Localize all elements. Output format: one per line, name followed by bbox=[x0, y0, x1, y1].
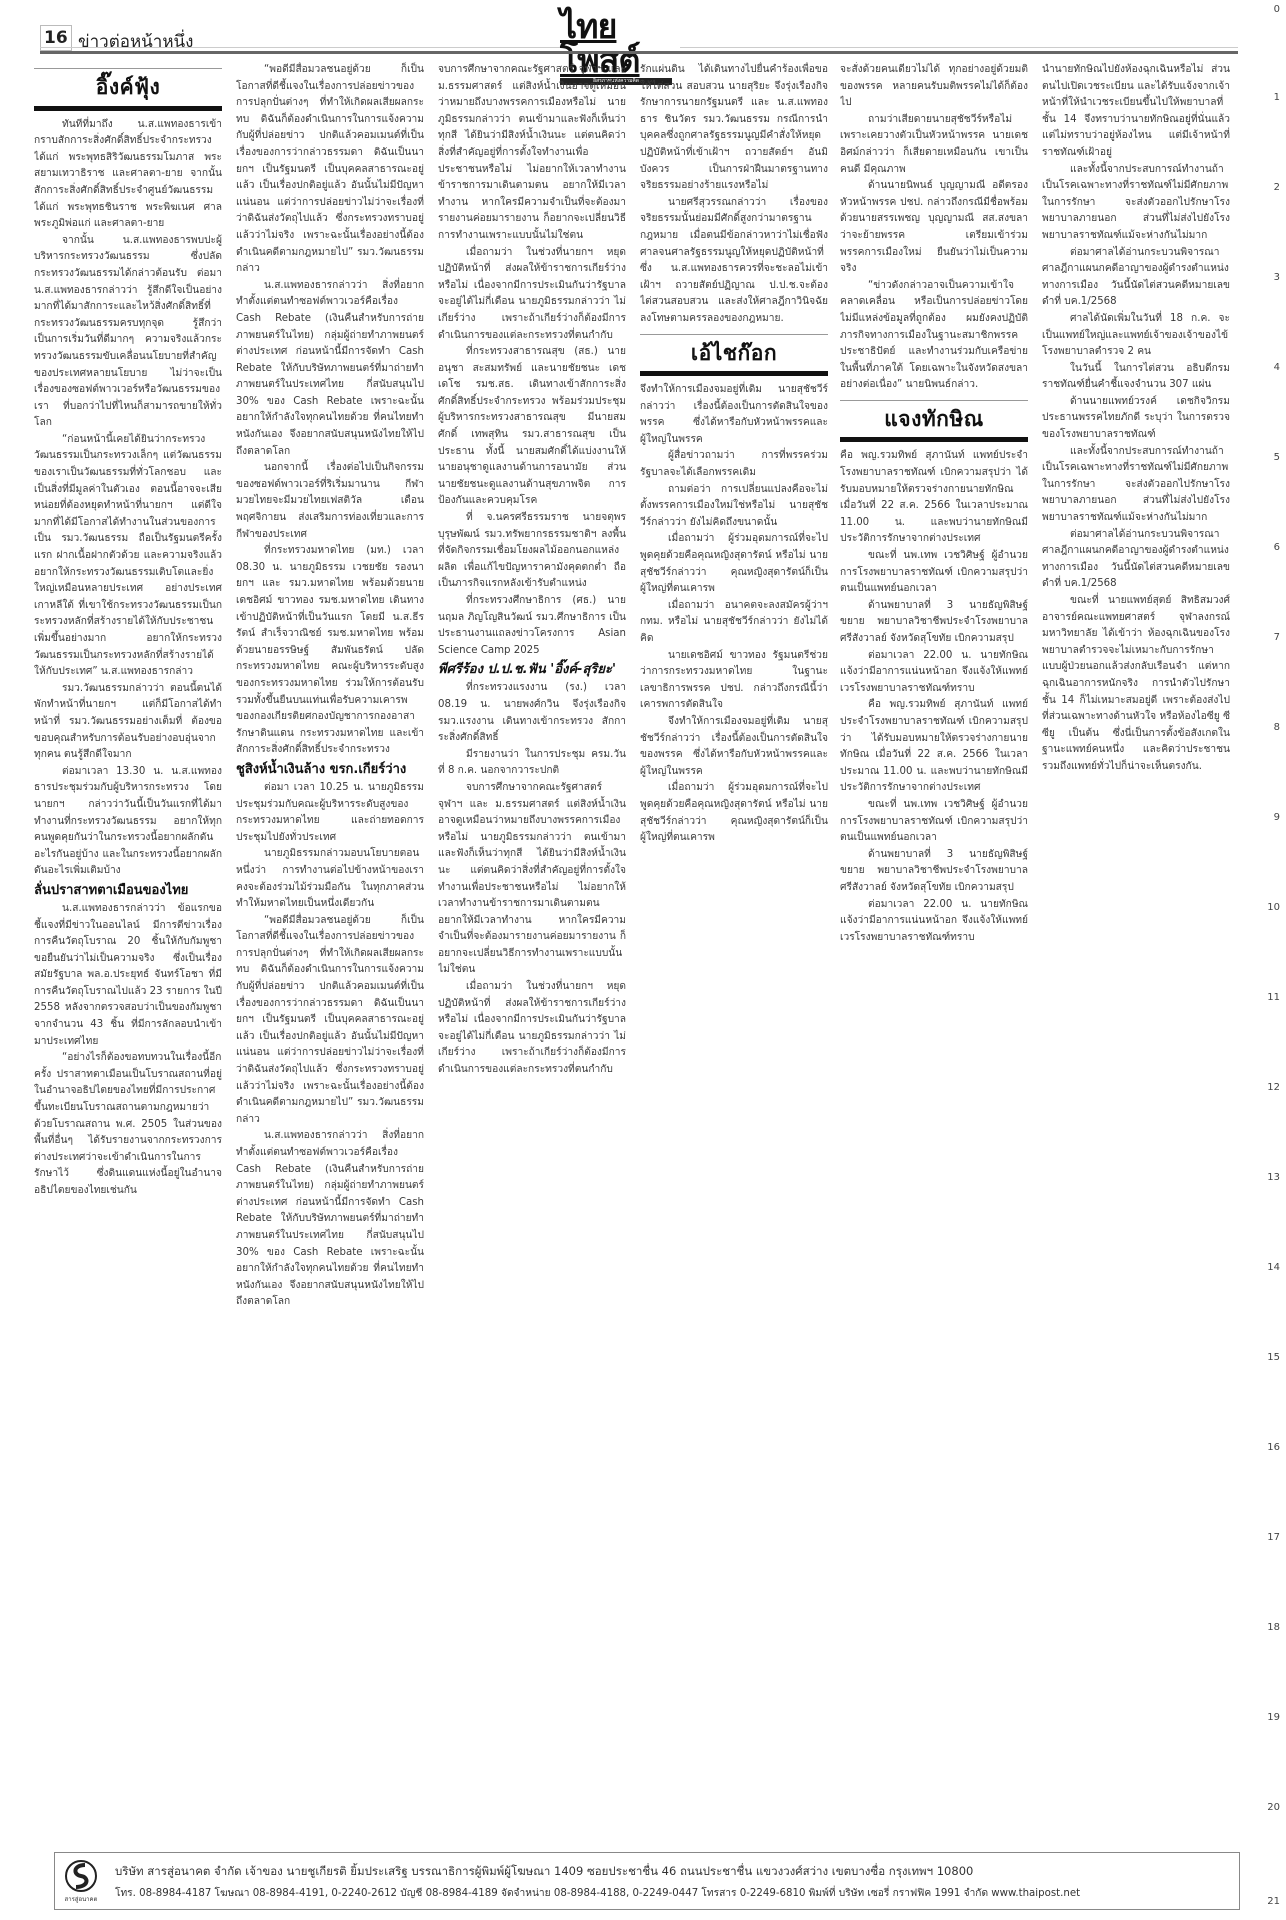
paragraph: ถามต่อว่า การเปลี่ยนแปลงคือจะไม่ตั้งพรรค… bbox=[640, 482, 828, 532]
paragraph: คือ พญ.รวมทิพย์ สุภานันท์ แพทย์ประจำโรงพ… bbox=[840, 697, 1028, 797]
paragraph: “ข่าวดังกล่าวอาจเป็นความเข้าใจคลาดเคลื่อ… bbox=[840, 278, 1028, 394]
paragraph: “พอดีมีสื่อมวลชนอยู่ด้วย ก็เป็นโอกาสที่ด… bbox=[236, 913, 424, 1129]
paragraph: ขณะที่ นายแพทย์สุตย์ สิทธิสมวงศ์ อาจารย์… bbox=[1042, 593, 1230, 776]
ruler-mark: 13 bbox=[1267, 1172, 1280, 1183]
subheading: ลั่นปราสาทตาเมือนของไทย bbox=[34, 882, 222, 899]
ruler-mark: 8 bbox=[1274, 722, 1280, 733]
ruler-mark: 15 bbox=[1267, 1352, 1280, 1363]
newspaper-logo: ไทยโพสต์ อิสรภาพแห่งความคิด bbox=[560, 10, 672, 50]
paragraph: ด้านพยาบาลที่ 3 นายธัญพิสิษฐ์ ขยาย พยาบา… bbox=[840, 847, 1028, 897]
page-ruler: 0 1 2 3 4 5 6 7 8 9 10 11 12 13 14 15 16… bbox=[1258, 0, 1286, 1920]
paragraph: “พอดีมีสื่อมวลชนอยู่ด้วย ก็เป็นโอกาสที่ด… bbox=[236, 62, 424, 278]
ruler-mark: 0 bbox=[1274, 4, 1280, 15]
header-rule-light-right bbox=[680, 47, 1238, 48]
column-2: “พอดีมีสื่อมวลชนอยู่ด้วย ก็เป็นโอกาสที่ด… bbox=[236, 62, 424, 1842]
paragraph: และทั้งนี้จากประสบการณ์ทำงานถ้าเป็นโรคเฉ… bbox=[1042, 162, 1230, 245]
ruler-mark: 2 bbox=[1274, 182, 1280, 193]
paragraph: ในวันนี้ ในการไต่สวน อธิบดีกรมราชทัณฑ์ยื… bbox=[1042, 361, 1230, 394]
paragraph: ต่อมาศาลได้อ่านกระบวนพิจารณาศาลฎีกาแผนกค… bbox=[1042, 527, 1230, 593]
paragraph: รมว.วัฒนธรรมกล่าวว่า ตอนนี้ตนได้พักทำหน้… bbox=[34, 681, 222, 764]
ruler-mark: 16 bbox=[1267, 1442, 1280, 1453]
headline-bottom-rule bbox=[640, 371, 828, 376]
paragraph: ที่กระทรวงแรงงาน (รง.) เวลา 08.19 น. นาย… bbox=[438, 680, 626, 746]
paragraph: จบการศึกษาจากคณะรัฐศาสตร์ จุฬาฯ และ ม.ธร… bbox=[438, 62, 626, 245]
paragraph: น.ส.แพทองธารกล่าวว่า สิ่งที่อยากทำตั้งแต… bbox=[236, 1128, 424, 1311]
paragraph: “อย่างไรก็ต้องขอทบทวนในเรื่องนี้อีกครั้ง… bbox=[34, 1050, 222, 1199]
headline-box: อิ๊งค์ฟุ้ง bbox=[34, 68, 222, 111]
paragraph: น.ส.แพทองธารกล่าวว่า สิ่งที่อยากทำตั้งแต… bbox=[236, 278, 424, 461]
paragraph: ต่อมาศาลได้อ่านกระบวนพิจารณาศาลฎีกาแผนกค… bbox=[1042, 245, 1230, 311]
paragraph: ด้านนายแพทย์วรงค์ เดชกิจวิกรม ประธานพรรค… bbox=[1042, 394, 1230, 444]
paragraph: ขณะที่ นพ.เทพ เวชวิศิษฐ์ ผู้อำนวยการโรงพ… bbox=[840, 548, 1028, 598]
newspaper-page: 16 ข่าวต่อหน้าหนึ่ง ไทยโพสต์ อิสรภาพแห่ง… bbox=[20, 0, 1238, 1920]
paragraph: ศาลได้นัดเพิ่มในวันที่ 18 ก.ค. จะเป็นแพท… bbox=[1042, 311, 1230, 361]
paragraph: คือ พญ.รวมทิพย์ สุภานันท์ แพทย์ประจำโรงพ… bbox=[840, 448, 1028, 548]
column-6: นำนายทักษิณไปยังห้องฉุกเฉินหรือไม่ ส่วนต… bbox=[1042, 62, 1230, 1842]
column-4: รักแผ่นดิน ได้เดินทางไปยื่นคำร้องเพื่อขอ… bbox=[640, 62, 828, 1842]
paragraph: นายศรีสุวรรณกล่าวว่า เรื่องของจริยธรรมนั… bbox=[640, 195, 828, 328]
paragraph: ที่ จ.นครศรีธรรมราช นายจตุพร บุรุษพัฒน์ … bbox=[438, 510, 626, 593]
paragraph: ที่กระทรวงศึกษาธิการ (ศธ.) นายนฤมล ภิญโญ… bbox=[438, 593, 626, 659]
paragraph: จึงทำให้การเมืองจมอยู่ที่เดิม นายสุชัชวี… bbox=[640, 714, 828, 780]
masthead: 16 ข่าวต่อหน้าหนึ่ง ไทยโพสต์ อิสรภาพแห่ง… bbox=[20, 0, 1238, 56]
ruler-mark: 10 bbox=[1267, 902, 1280, 913]
headline-chaeng-thaksin: แจงทักษิณ bbox=[840, 401, 1028, 438]
paragraph: ผู้สื่อข่าวถามว่า การที่พรรคร่วมรัฐบาลจะ… bbox=[640, 448, 828, 481]
ruler-mark: 7 bbox=[1274, 632, 1280, 643]
paragraph: ถามว่าเสียดายนายสุชัชวีร์หรือไม่ เพราะเค… bbox=[840, 112, 1028, 178]
ruler-mark: 1 bbox=[1274, 92, 1280, 103]
column-5: จะสั่งด้วยคนเดียวไม่ได้ ทุกอย่างอยู่ด้วย… bbox=[840, 62, 1028, 1842]
ruler-mark: 9 bbox=[1274, 812, 1280, 823]
ruler-mark: 18 bbox=[1267, 1622, 1280, 1633]
paragraph: ที่กระทรวงมหาดไทย (มท.) เวลา 08.30 น. นา… bbox=[236, 543, 424, 759]
headline-ingfung: อิ๊งค์ฟุ้ง bbox=[34, 69, 222, 106]
header-rule-light-left bbox=[40, 47, 560, 48]
ruler-mark: 11 bbox=[1267, 992, 1280, 1003]
paragraph: เมื่อถามว่า ในช่วงที่นายกฯ หยุดปฏิบัติหน… bbox=[438, 979, 626, 1079]
page-number: 16 bbox=[44, 28, 68, 48]
paragraph: จบการศึกษาจากคณะรัฐศาสตร์ จุฬาฯ และ ม.ธร… bbox=[438, 780, 626, 979]
paragraph: นำนายทักษิณไปยังห้องฉุกเฉินหรือไม่ ส่วนต… bbox=[1042, 62, 1230, 162]
ruler-mark: 21 bbox=[1267, 1896, 1280, 1907]
ruler-mark: 5 bbox=[1274, 452, 1280, 463]
header-rule bbox=[40, 51, 1238, 54]
paragraph: จากนั้น น.ส.แพทองธารพบปะผู้บริหารกระทรวง… bbox=[34, 233, 222, 432]
headline-box: แจงทักษิณ bbox=[840, 400, 1028, 443]
column-3: จบการศึกษาจากคณะรัฐศาสตร์ จุฬาฯ และ ม.ธร… bbox=[438, 62, 626, 1842]
paragraph: ด้านนายนิพนธ์ บุญญามณี อดีตรองหัวหน้าพรร… bbox=[840, 178, 1028, 278]
ruler-mark: 14 bbox=[1267, 1262, 1280, 1273]
paragraph: เมื่อถามว่า ผู้ร่วมอุดมการณ์ที่จะไปพูดคุ… bbox=[640, 531, 828, 597]
byline-subheading: พีศรีร้อง ป.ป.ช.ฟัน 'อิ๊งค์-สุริยะ' bbox=[438, 661, 626, 678]
subheading: ชูสิงห์น้ำเงินล้าง ขรก.เกียร์ว่าง bbox=[236, 761, 424, 778]
paragraph: น.ส.แพทองธารกล่าวว่า ข้อแรกขอชี้แจงที่มี… bbox=[34, 901, 222, 1050]
paragraph: ต่อมาเวลา 22.00 น. นายทักษิณแจ้งว่ามีอาก… bbox=[840, 648, 1028, 698]
paragraph: นายภูมิธรรมกล่าวมอบนโยบายตอนหนึ่งว่า การ… bbox=[236, 846, 424, 912]
paragraph: เมื่อถามว่า ผู้ร่วมอุดมการณ์ที่จะไปพูดคุ… bbox=[640, 780, 828, 846]
headline-bottom-rule bbox=[840, 437, 1028, 442]
paragraph: รักแผ่นดิน ได้เดินทางไปยื่นคำร้องเพื่อขอ… bbox=[640, 62, 828, 195]
paragraph: มีรายงานว่า ในการประชุม ครม.วันที่ 8 ก.ค… bbox=[438, 747, 626, 780]
paragraph: นอกจากนี้ เรื่องต่อไปเป็นกิจกรรมของซอฟต์… bbox=[236, 460, 424, 543]
paragraph: และทั้งนี้จากประสบการณ์ทำงานถ้าเป็นโรคเฉ… bbox=[1042, 444, 1230, 527]
ruler-mark: 12 bbox=[1267, 1082, 1280, 1093]
paragraph: จึงทำให้การเมืองจมอยู่ที่เดิม นายสุชัชวี… bbox=[640, 382, 828, 448]
paragraph: ด้านพยาบาลที่ 3 นายธัญพิสิษฐ์ ขยาย พยาบา… bbox=[840, 598, 1028, 648]
publisher-imprint: สารสู่อนาคต บริษัท สารสู่อนาคต จำกัด เจ้… bbox=[54, 1852, 1240, 1910]
column-1: อิ๊งค์ฟุ้ง ทันทีที่มาถึง น.ส.แพทองธารเข้… bbox=[34, 62, 222, 1842]
ruler-mark: 19 bbox=[1267, 1712, 1280, 1723]
paragraph: ขณะที่ นพ.เทพ เวชวิศิษฐ์ ผู้อำนวยการโรงพ… bbox=[840, 797, 1028, 847]
ruler-mark: 4 bbox=[1274, 362, 1280, 373]
paragraph: ต่อมาเวลา 22.00 น. นายทักษิณแจ้งว่ามีอาก… bbox=[840, 897, 1028, 947]
ruler-mark: 17 bbox=[1267, 1532, 1280, 1543]
paragraph: จะสั่งด้วยคนเดียวไม่ได้ ทุกอย่างอยู่ด้วย… bbox=[840, 62, 1028, 112]
paragraph: ต่อมา เวลา 10.25 น. นายภูมิธรรมประชุมร่ว… bbox=[236, 780, 424, 846]
paragraph: เมื่อถามว่า ในช่วงที่นายกฯ หยุดปฏิบัติหน… bbox=[438, 245, 626, 345]
ruler-mark: 6 bbox=[1274, 542, 1280, 553]
ruler-mark: 20 bbox=[1267, 1802, 1280, 1813]
paragraph: ทันทีที่มาถึง น.ส.แพทองธารเข้ากราบสักการ… bbox=[34, 117, 222, 233]
headline-bottom-rule bbox=[34, 106, 222, 111]
paragraph: “ก่อนหน้านี้เคยได้ยินว่ากระทรวงวัฒนธรรมเ… bbox=[34, 432, 222, 681]
paragraph: เมื่อถามว่า อนาคตจะลงสมัครผู้ว่าฯ กทม. ห… bbox=[640, 598, 828, 648]
paragraph: ที่กระทรวงสาธารณสุข (สธ.) นายอนุชา สะสมท… bbox=[438, 344, 626, 510]
paragraph: ต่อมาเวลา 13.30 น. น.ส.แพทองธารประชุมร่ว… bbox=[34, 764, 222, 880]
publisher-logo-caption: สารสู่อนาคต bbox=[65, 1896, 98, 1903]
headline-aechaikok: เอ้ไชก๊อก bbox=[640, 335, 828, 372]
ruler-mark: 3 bbox=[1274, 272, 1280, 283]
imprint-line-2: โทร. 08-8984-4187 โฆษณา 08-8984-4191, 0-… bbox=[115, 1885, 1080, 1901]
publisher-logo-icon: สารสู่อนาคต bbox=[63, 1859, 99, 1903]
headline-box: เอ้ไชก๊อก bbox=[640, 334, 828, 377]
imprint-line-1: บริษัท สารสู่อนาคต จำกัด เจ้าของ นายชูเก… bbox=[115, 1863, 973, 1881]
paragraph: นายเดชอิศม์ ขาวทอง รัฐมนตรีช่วยว่าการกระ… bbox=[640, 648, 828, 714]
